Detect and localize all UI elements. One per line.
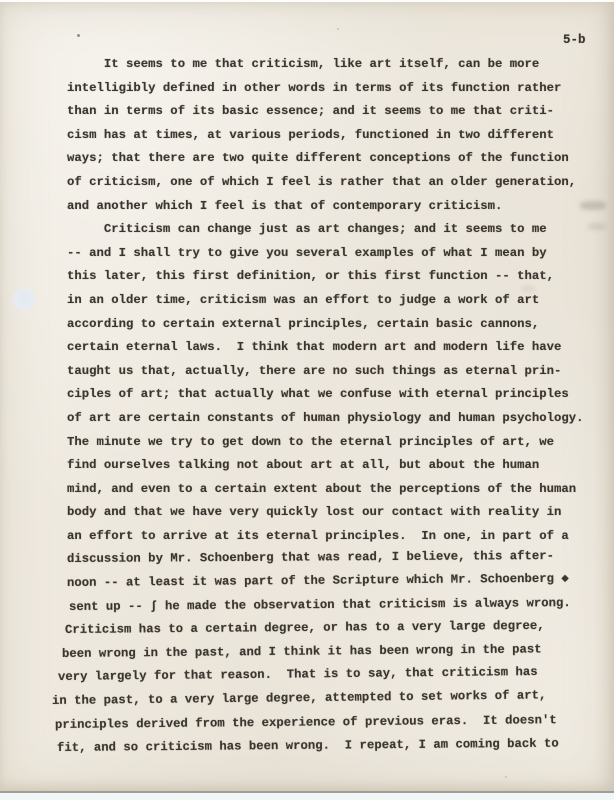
- text-line: -- and I shall try to give you several e…: [67, 242, 597, 266]
- text-line: this later, this first definition, or th…: [67, 265, 597, 289]
- text-line: ways; that there are two quite different…: [67, 147, 597, 171]
- text-line: taught us that, actually, there are no s…: [67, 360, 597, 384]
- text-line: noon -- at least it was part of the Scri…: [67, 567, 597, 595]
- text-line: mind, and even to a certain extent about…: [67, 478, 597, 502]
- text-line: according to certain external principles…: [67, 313, 597, 337]
- text-line: ciples of art; that actually what we con…: [67, 383, 597, 407]
- text-line: fit, and so criticism has been wrong. I …: [57, 733, 587, 761]
- text-line: Criticism can change just as art changes…: [67, 218, 597, 242]
- text-line: and another which I feel is that of cont…: [67, 195, 597, 219]
- page-number: 5-b: [563, 33, 586, 47]
- text-line: in an older time, criticism was an effor…: [67, 289, 597, 313]
- text-line: find ourselves talking not about art at …: [67, 454, 597, 478]
- text-line: intelligibly defined in other words in t…: [67, 77, 597, 101]
- ink-speck: [77, 34, 80, 37]
- text-line: of criticism, one of which I feel is rat…: [67, 171, 597, 195]
- text-line: cism has at times, at various periods, f…: [67, 124, 597, 148]
- hole-punch: [12, 287, 36, 311]
- ink-speck: [337, 28, 339, 30]
- text-line: certain eternal laws. I think that moder…: [67, 336, 597, 360]
- scanned-document-page: 5-b It seems to me that criticism, like …: [0, 0, 614, 800]
- text-line: The minute we try to get down to the ete…: [67, 431, 597, 455]
- text-line: than in terms of its basic essence; and …: [67, 100, 597, 124]
- text-line: of art are certain constants of human ph…: [67, 407, 597, 431]
- text-line: It seems to me that criticism, like art …: [67, 53, 597, 77]
- typewritten-text-block: It seems to me that criticism, like art …: [67, 53, 597, 761]
- text-line: body and that we have very quickly lost …: [67, 501, 597, 525]
- paper-sheet: 5-b It seems to me that criticism, like …: [0, 2, 614, 793]
- ink-speck: [505, 776, 507, 778]
